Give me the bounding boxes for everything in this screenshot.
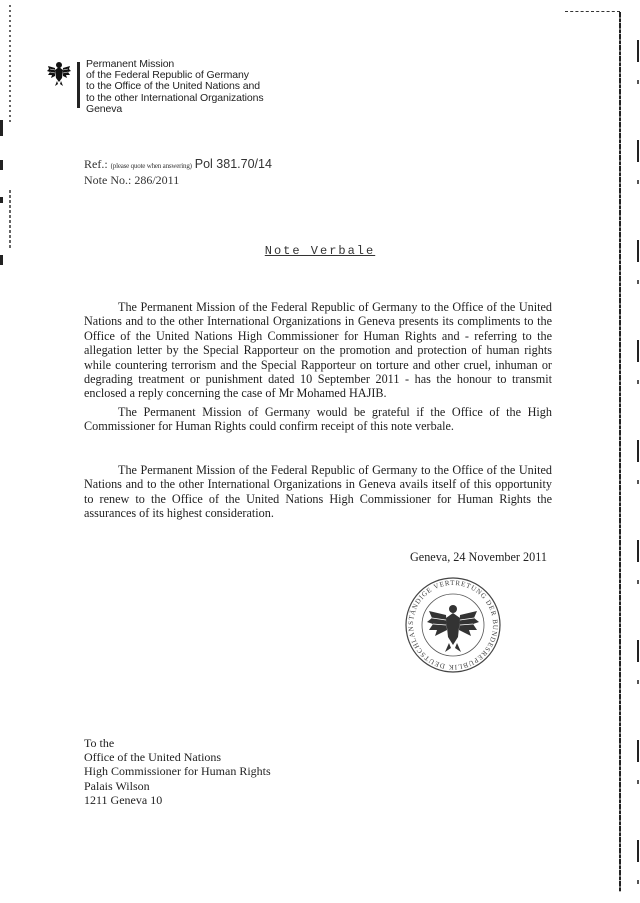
scan-edge-right [619, 12, 621, 892]
official-seal-icon: STÄNDIGE VERTRETUNG DER BUNDESREPUBLIK D… [403, 575, 503, 675]
scan-mark [0, 120, 3, 136]
body-paragraph: The Permanent Mission of the Federal Rep… [84, 300, 552, 401]
letterhead-line: Geneva [86, 104, 326, 115]
recipient-address: To the Office of the United Nations High… [84, 736, 271, 807]
letterhead-text: Permanent Mission of the Federal Republi… [86, 59, 326, 115]
ref-note: (please quote when answering) [111, 162, 192, 170]
title-text: Note Verbale [265, 244, 375, 258]
letterhead-line: to the other International Organizations [86, 93, 326, 104]
paragraph-text: The Permanent Mission of the Federal Rep… [84, 463, 552, 520]
paragraph-text: The Permanent Mission of Germany would b… [84, 405, 552, 433]
document-title: Note Verbale [0, 244, 640, 258]
reference-block: Ref.: (please quote when answering) Pol … [84, 157, 272, 187]
ref-value: Pol 381.70/14 [195, 157, 272, 171]
scan-mark [0, 197, 3, 203]
letterhead-bar [77, 62, 80, 108]
address-line: High Commissioner for Human Rights [84, 764, 271, 778]
body-paragraph: The Permanent Mission of Germany would b… [84, 405, 552, 434]
address-line: Palais Wilson [84, 779, 271, 793]
ref-label: Ref.: [84, 157, 108, 171]
note-number: 286/2011 [134, 173, 179, 187]
place-and-date: Geneva, 24 November 2011 [410, 550, 547, 565]
scan-mark [0, 160, 3, 170]
body-paragraph: The Permanent Mission of the Federal Rep… [84, 463, 552, 521]
address-line: To the [84, 736, 271, 750]
scanned-document-page: Permanent Mission of the Federal Republi… [0, 0, 640, 903]
paragraph-text: The Permanent Mission of the Federal Rep… [84, 300, 552, 400]
address-line: 1211 Geneva 10 [84, 793, 271, 807]
scan-edge-right-outer [637, 10, 639, 900]
scan-edge-left-lower [9, 190, 11, 250]
scan-edge-top [565, 11, 620, 13]
note-label: Note No.: [84, 173, 131, 187]
scan-edge-left [9, 5, 11, 125]
address-line: Office of the United Nations [84, 750, 271, 764]
federal-eagle-icon [47, 60, 71, 86]
letterhead-line: to the Office of the United Nations and [86, 81, 326, 92]
